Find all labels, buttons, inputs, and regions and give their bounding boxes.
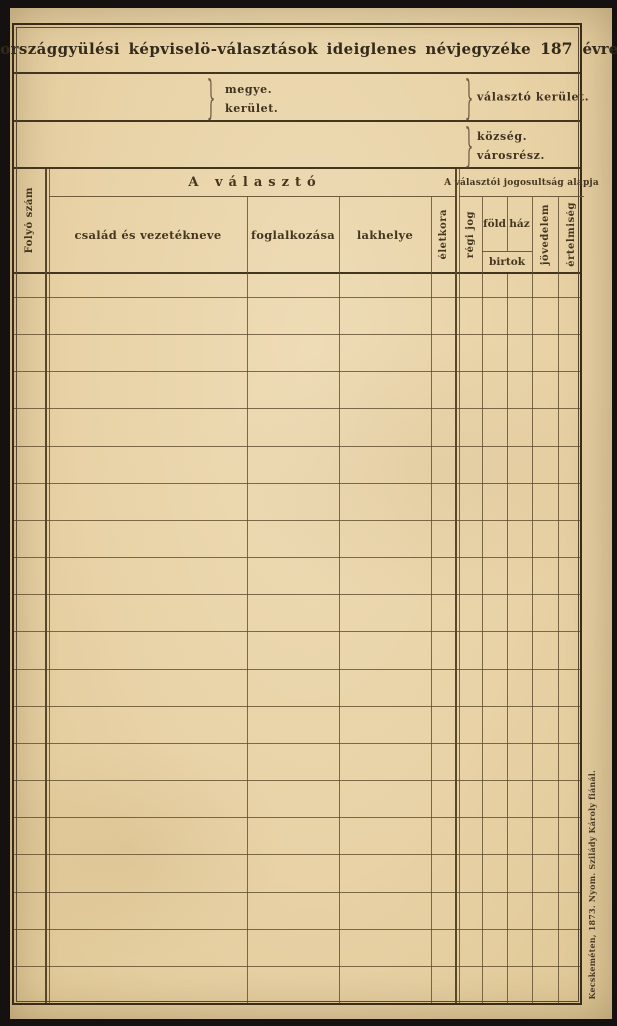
table-row [14,409,580,446]
column-header-intelligentsia: értelmiség [558,197,584,272]
year-suffix: évre. [582,40,617,58]
column-rule [507,197,508,251]
scanned-page-background: Az országgyülési képviselö-választások i… [0,0,617,1026]
county-label-line2: kerület. [225,99,278,118]
column-header-estate: birtok [482,251,532,272]
column-header-house: ház [507,197,532,251]
table-row [14,818,580,855]
column-header-serial: Folyó szám [14,169,45,272]
table-row [14,372,580,409]
table-row [14,855,580,892]
table-row [14,781,580,818]
column-header-name: család és vezetékneve [49,197,247,272]
year-prefix: 187 [540,39,572,58]
table-row [14,335,580,372]
group-header-voter: A választó [49,169,455,197]
table-row [14,484,580,521]
brace-divider-icon: } [207,70,216,124]
column-header-residence: lakhelye [339,197,431,272]
group-header-eligibility: A választói jogosultság alapja [459,169,584,197]
municipality-row: } község. városrész. [14,122,580,169]
county-district-row: } megye. kerület. } választó kerület. [14,74,580,122]
column-rule [459,169,460,1003]
county-label: megye. kerület. [225,80,278,118]
electoral-district-label: választó kerület. [477,88,589,107]
form-title-row: Az országgyülési képviselö-választások i… [14,25,580,74]
table-row [14,298,580,335]
table-row [14,274,580,298]
table-row [14,893,580,930]
column-header-age: életkora [431,197,455,272]
table-row [14,521,580,558]
municipality-label-line2: városrész. [477,146,545,165]
table-row [14,632,580,669]
column-header-old-right: régi jog [459,197,482,272]
column-rule [247,197,248,1003]
paper-sheet: Az országgyülési képviselö-választások i… [10,8,612,1019]
column-rule [49,169,50,1003]
printer-imprint: Kecskeméten, 1873. Nyom. Szilády Károly … [584,780,599,990]
brace-divider-icon: } [465,70,474,124]
table-row [14,558,580,595]
brace-divider-icon: } [465,118,474,172]
table-row [14,707,580,744]
county-label-line1: megye. [225,80,278,99]
table-row [14,930,580,967]
register-grid: Folyó szám A választó A választói jogosu… [14,169,580,1003]
column-rule [339,197,340,1003]
table-row [14,670,580,707]
column-rule [507,274,508,1003]
column-header-land: föld [482,197,507,251]
column-rule [45,169,47,1003]
table-row [14,447,580,484]
column-header-occupation: foglalkozása [247,197,339,272]
table-row [14,595,580,632]
column-rule [558,197,559,1003]
table-row [14,744,580,781]
table-body-rows [14,274,580,1003]
electoral-register-form: Az országgyülési képviselö-választások i… [12,23,582,1005]
column-rule [532,197,533,1003]
column-rule [455,169,457,1003]
column-header-income: jövedelem [532,197,558,272]
municipality-label-line1: község. [477,127,545,146]
column-rule [482,197,483,1003]
page-title: Az országgyülési képviselö-választások i… [0,40,531,58]
column-rule [431,197,432,1003]
municipality-label: község. városrész. [477,127,545,165]
table-row [14,967,580,1003]
